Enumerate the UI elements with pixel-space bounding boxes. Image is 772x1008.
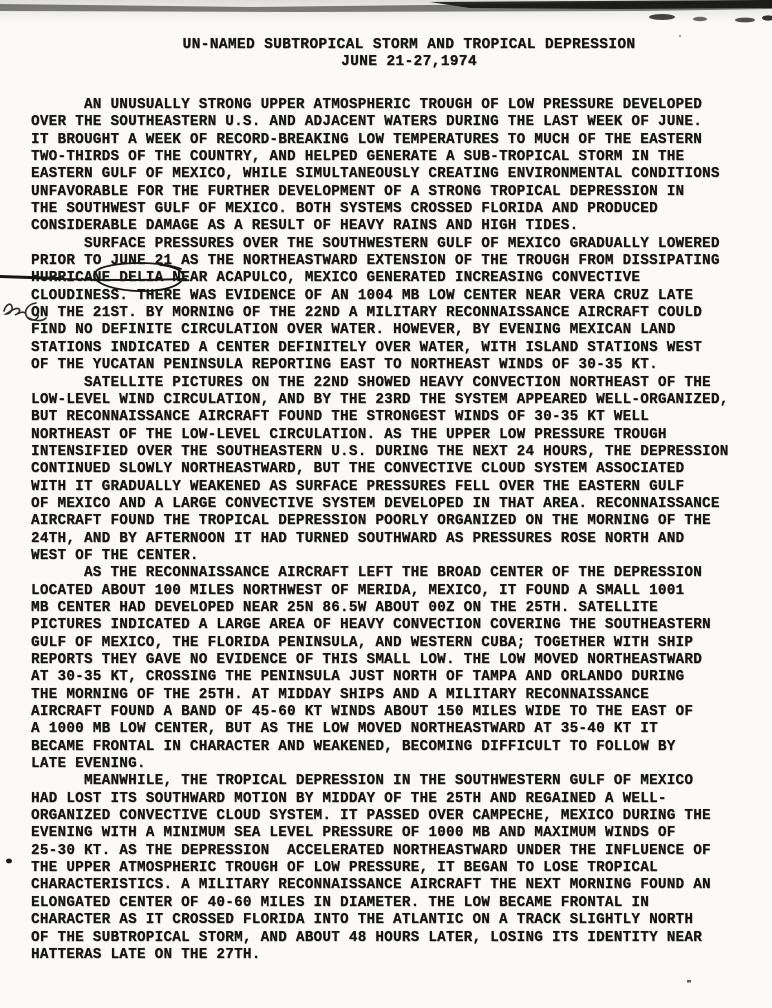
text-line: MEANWHILE, THE TROPICAL DEPRESSION IN TH…: [31, 773, 745, 790]
text-line: OF THE SUBTROPICAL STORM, AND ABOUT 48 H…: [31, 930, 745, 947]
text-line: THE MORNING OF THE 25TH. AT MIDDAY SHIPS…: [31, 687, 745, 704]
text-line: SATELLITE PICTURES ON THE 22ND SHOWED HE…: [31, 375, 745, 392]
document-body: AN UNUSUALLY STRONG UPPER ATMOSPHERIC TR…: [31, 97, 745, 964]
text-line: OF THE YUCATAN PENINSULA REPORTING EAST …: [31, 357, 745, 374]
text-line: EASTERN GULF OF MEXICO, WHILE SIMULTANEO…: [31, 166, 745, 183]
text-line: CHARACTERISTICS. A MILITARY RECONNAISSAN…: [31, 877, 745, 894]
text-line: HAD LOST ITS SOUTHWARD MOTION BY MIDDAY …: [31, 791, 745, 808]
ink-speck: [687, 980, 691, 983]
text-line: SURFACE PRESSURES OVER THE SOUTHWESTERN …: [31, 236, 745, 253]
document-header: UN-NAMED SUBTROPICAL STORM AND TROPICAL …: [0, 37, 772, 70]
text-line: WEST OF THE CENTER.: [31, 548, 745, 565]
text-line: ELONGATED CENTER OF 40-60 MILES IN DIAME…: [31, 895, 745, 912]
text-line: 24TH, AND BY AFTERNOON IT HAD TURNED SOU…: [31, 531, 745, 548]
text-line: ORGANIZED CONVECTIVE CLOUD SYSTEM. IT PA…: [31, 808, 745, 825]
text-line: REPORTS THEY GAVE NO EVIDENCE OF THIS SM…: [31, 652, 745, 669]
text-line: CONSIDERABLE DAMAGE AS A RESULT OF HEAVY…: [31, 218, 745, 235]
text-line: OVER THE SOUTHEASTERN U.S. AND ADJACENT …: [31, 114, 745, 131]
scan-edge-artifact: [0, 0, 772, 40]
text-line: AT 30-35 KT, CROSSING THE PENINSULA JUST…: [31, 669, 745, 686]
text-line: LOW-LEVEL WIND CIRCULATION, AND BY THE 2…: [31, 392, 745, 409]
text-line: ON THE 21ST. BY MORNING OF THE 22ND A MI…: [31, 305, 745, 322]
text-line: CHARACTER AS IT CROSSED FLORIDA INTO THE…: [31, 912, 745, 929]
text-line: LOCATED ABOUT 100 MILES NORTHWEST OF MER…: [31, 583, 745, 600]
text-line: IT BROUGHT A WEEK OF RECORD-BREAKING LOW…: [31, 132, 745, 149]
text-line: THE SOUTHWEST GULF OF MEXICO. BOTH SYSTE…: [31, 201, 745, 218]
text-line: CONTINUED SLOWLY NORTHEASTWARD, BUT THE …: [31, 461, 745, 478]
text-line: AIRCRAFT FOUND A BAND OF 45-60 KT WINDS …: [31, 704, 745, 721]
text-line: BUT RECONNAISSANCE AIRCRAFT FOUND THE ST…: [31, 409, 745, 426]
text-line: MB CENTER HAD DEVELOPED NEAR 25N 86.5W A…: [31, 600, 745, 617]
text-line: OF MEXICO AND A LARGE CONVECTIVE SYSTEM …: [31, 496, 745, 513]
text-line: CLOUDINESS. THERE WAS EVIDENCE OF AN 100…: [31, 288, 745, 305]
text-line: AN UNUSUALLY STRONG UPPER ATMOSPHERIC TR…: [31, 97, 745, 114]
text-line: EVENING WITH A MINIMUM SEA LEVEL PRESSUR…: [31, 825, 745, 842]
scanned-document-page: UN-NAMED SUBTROPICAL STORM AND TROPICAL …: [0, 0, 772, 1008]
handwritten-scribble: [4, 304, 25, 315]
text-line: AS THE RECONNAISSANCE AIRCRAFT LEFT THE …: [31, 565, 745, 582]
text-line: STATIONS INDICATED A CENTER DEFINITELY O…: [31, 340, 745, 357]
text-line: THE UPPER ATMOSPHERIC TROUGH OF LOW PRES…: [31, 860, 745, 877]
text-line: WITH IT GRADUALLY WEAKENED AS SURFACE PR…: [31, 479, 745, 496]
margin-dot: [6, 859, 12, 864]
text-line: GULF OF MEXICO, THE FLORIDA PENINSULA, A…: [31, 635, 745, 652]
text-line: 25-30 KT. AS THE DEPRESSION ACCELERATED …: [31, 843, 745, 860]
text-line: TWO-THIRDS OF THE COUNTRY, AND HELPED GE…: [31, 149, 745, 166]
text-line: INTENSIFIED OVER THE SOUTHEASTERN U.S. D…: [31, 444, 745, 461]
text-line: PRIOR TO JUNE 21 AS THE NORTHEASTWARD EX…: [31, 253, 745, 270]
text-line: NORTHEAST OF THE LOW-LEVEL CIRCULATION. …: [31, 427, 745, 444]
text-line: BECAME FRONTAL IN CHARACTER AND WEAKENED…: [31, 739, 745, 756]
text-line: A 1000 MB LOW CENTER, BUT AS THE LOW MOV…: [31, 721, 745, 738]
text-line: PICTURES INDICATED A LARGE AREA OF HEAVY…: [31, 617, 745, 634]
text-line: HURRICANE DELIA NEAR ACAPULCO, MEXICO GE…: [31, 270, 745, 287]
text-line: FIND NO DEFINITE CIRCULATION OVER WATER.…: [31, 322, 745, 339]
text-line: HATTERAS LATE ON THE 27TH.: [31, 947, 745, 964]
document-title: UN-NAMED SUBTROPICAL STORM AND TROPICAL …: [46, 37, 772, 54]
text-line: LATE EVENING.: [31, 756, 745, 773]
text-line: AIRCRAFT FOUND THE TROPICAL DEPRESSION P…: [31, 513, 745, 530]
text-line: UNFAVORABLE FOR THE FURTHER DEVELOPMENT …: [31, 184, 745, 201]
document-date: JUNE 21-27,1974: [46, 54, 772, 71]
